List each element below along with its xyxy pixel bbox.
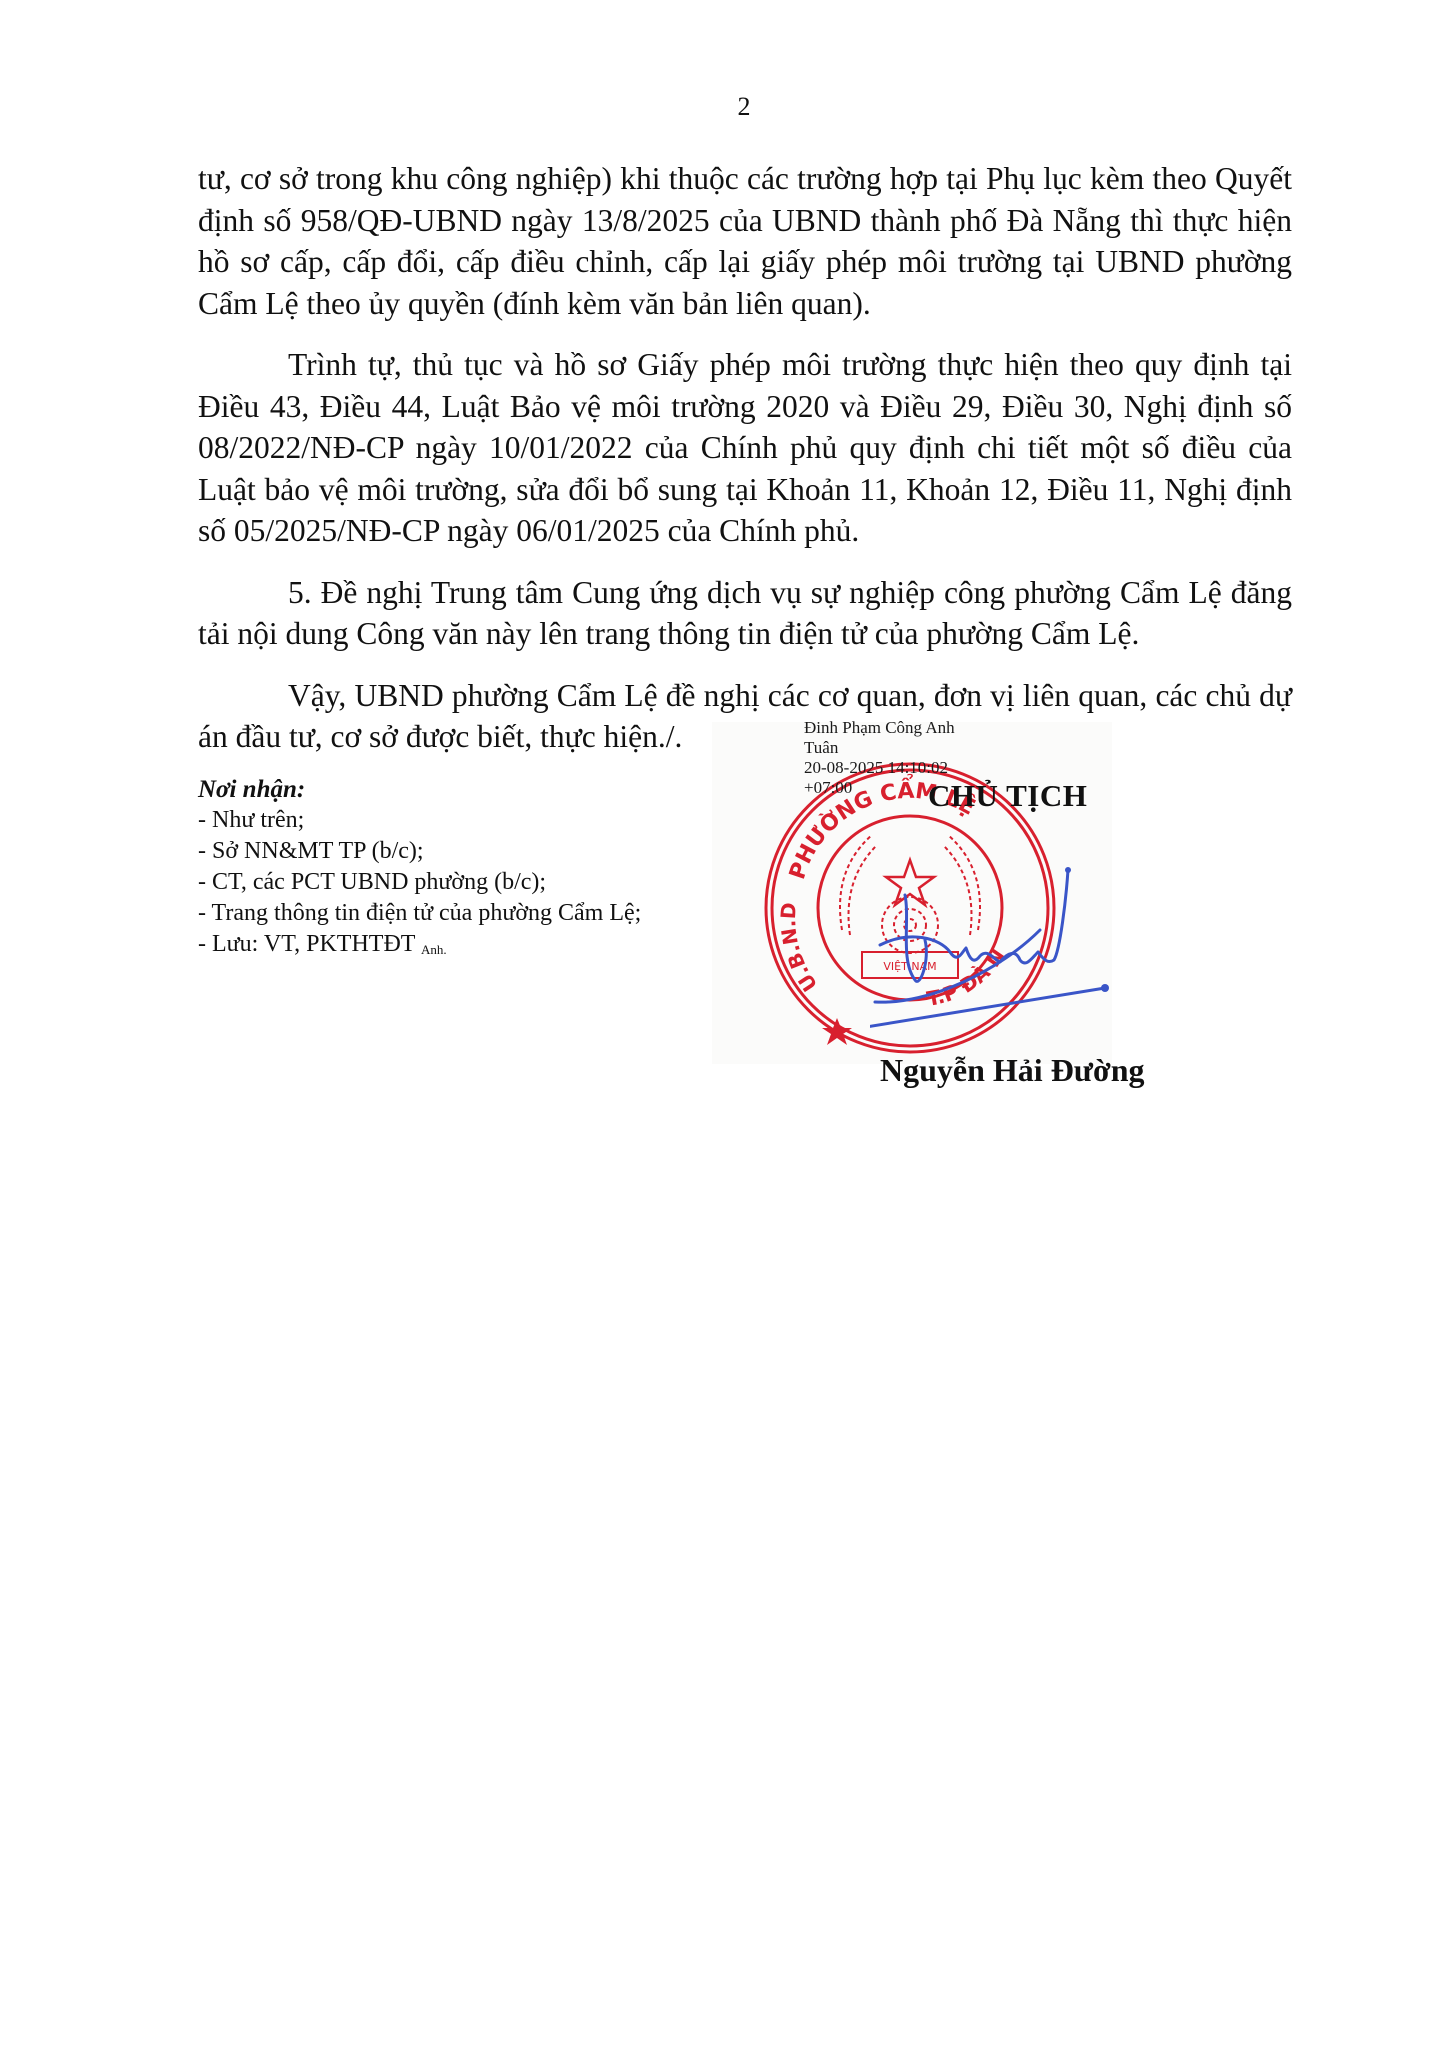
handwritten-signature-icon xyxy=(870,860,1160,1030)
recipients-block: Nơi nhận: - Như trên; - Sở NN&MT TP (b/c… xyxy=(198,774,641,965)
signer-name: Nguyễn Hải Đường xyxy=(880,1052,1145,1089)
recipient-item: - CT, các PCT UBND phường (b/c); xyxy=(198,867,641,898)
paragraph-continuation: tư, cơ sở trong khu công nghiệp) khi thu… xyxy=(198,158,1292,324)
recipient-item: - Như trên; xyxy=(198,805,641,836)
svg-text:U.B.N.D: U.B.N.D xyxy=(776,902,822,996)
drafter-initial: Anh. xyxy=(421,942,447,957)
document-body: tư, cơ sở trong khu công nghiệp) khi thu… xyxy=(198,158,1292,758)
page-number: 2 xyxy=(0,92,1448,122)
recipients-heading: Nơi nhận: xyxy=(198,774,641,805)
recipient-item-archive: - Lưu: VT, PKTHTĐT Anh. xyxy=(198,929,641,965)
digital-signature-datetime: 20-08-2025 14:10:02 xyxy=(804,758,955,778)
digital-signer-name-cont: Tuân xyxy=(804,738,955,758)
paragraph-item-5: 5. Đề nghị Trung tâm Cung ứng dịch vụ sự… xyxy=(198,572,1292,655)
paragraph-procedure: Trình tự, thủ tục và hồ sơ Giấy phép môi… xyxy=(198,344,1292,552)
recipient-item: - Sở NN&MT TP (b/c); xyxy=(198,836,641,867)
recipient-item: - Trang thông tin điện tử của phường Cẩm… xyxy=(198,898,641,929)
recipient-item: - Lưu: VT, PKTHTĐT xyxy=(198,931,415,957)
digital-signer-name: Đinh Phạm Công Anh xyxy=(804,718,955,738)
signer-title: CHỦ TỊCH xyxy=(928,778,1087,814)
